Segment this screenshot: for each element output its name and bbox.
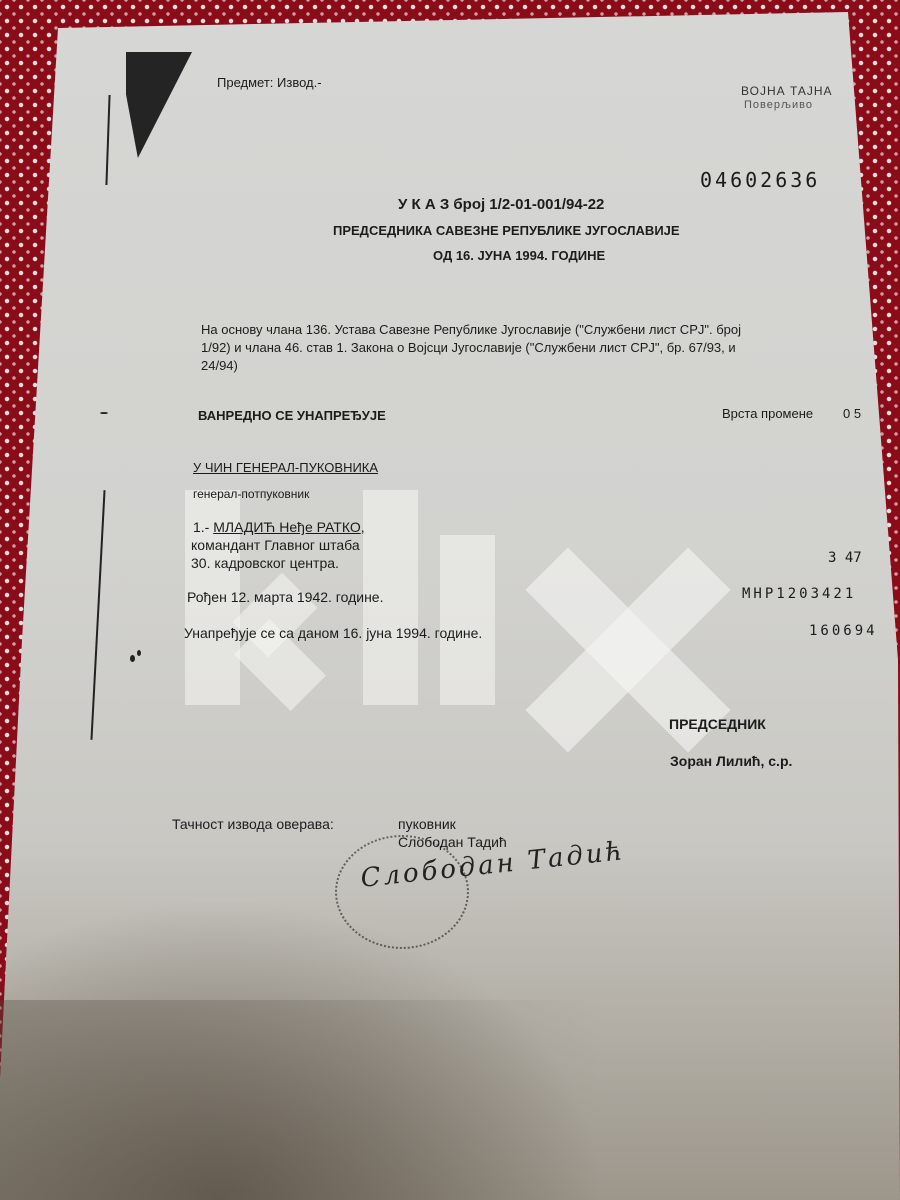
certification-label: Тачност извода оверава:: [172, 816, 334, 832]
signatory-title: ПРЕДСЕДНИК: [669, 716, 766, 732]
person-suffix: ,: [361, 519, 365, 535]
decree-number: У К А З број 1/2-01-001/94-22: [398, 196, 604, 213]
code-field-3: 160694: [809, 623, 878, 639]
change-type-value: 0 5: [843, 406, 861, 421]
birth-date: Рођен 12. марта 1942. године.: [187, 589, 383, 605]
promotion-date: Унапређује се са даном 16. јуна 1994. го…: [184, 625, 482, 641]
faded-stamp: [335, 835, 469, 949]
copy-speck: [137, 650, 141, 656]
serial-number: 04602636: [700, 168, 820, 192]
rank-heading: У ЧИН ГЕНЕРАЛ-ПУКОВНИКА: [193, 460, 378, 475]
signatory-name: Зоран Лилић, с.р.: [670, 753, 792, 769]
copy-speck: [100, 412, 108, 414]
copy-speck: [130, 655, 135, 662]
preamble-line: 1/92) и члана 46. став 1. Закона о Војсц…: [201, 340, 736, 355]
certifier-rank: пуковник: [398, 816, 456, 832]
current-rank: генерал-потпуковник: [193, 487, 309, 501]
subject-line: Предмет: Извод.-: [217, 75, 322, 90]
decree-date: ОД 16. ЈУНА 1994. ГОДИНЕ: [433, 248, 605, 263]
preamble-line: На основу члана 136. Устава Савезне Репу…: [201, 322, 741, 337]
code-field-2: МНР1203421: [742, 586, 856, 602]
classification-sublabel: Поверљиво: [744, 99, 813, 111]
person-name: МЛАДИЋ Неђе РАТКО: [213, 519, 361, 535]
code-field-1: 3 47: [828, 550, 862, 566]
preamble-line: 24/94): [201, 358, 238, 373]
position-line: 30. кадровског центра.: [191, 555, 339, 571]
action-heading: ВАНРЕДНО СЕ УНАПРЕЂУЈЕ: [198, 408, 386, 423]
position-line: командант Главног штаба: [191, 537, 360, 553]
classification-label: ВОЈНА ТАЈНА: [741, 84, 833, 98]
person-prefix: 1.-: [193, 519, 209, 535]
change-type-label: Врста промене: [722, 406, 813, 421]
paper-shadow-left: [0, 1000, 600, 1200]
person-entry: 1.- МЛАДИЋ Неђе РАТКО,: [193, 519, 365, 535]
decree-issuer: ПРЕДСЕДНИКА САВЕЗНЕ РЕПУБЛИКЕ ЈУГОСЛАВИЈ…: [333, 223, 680, 238]
